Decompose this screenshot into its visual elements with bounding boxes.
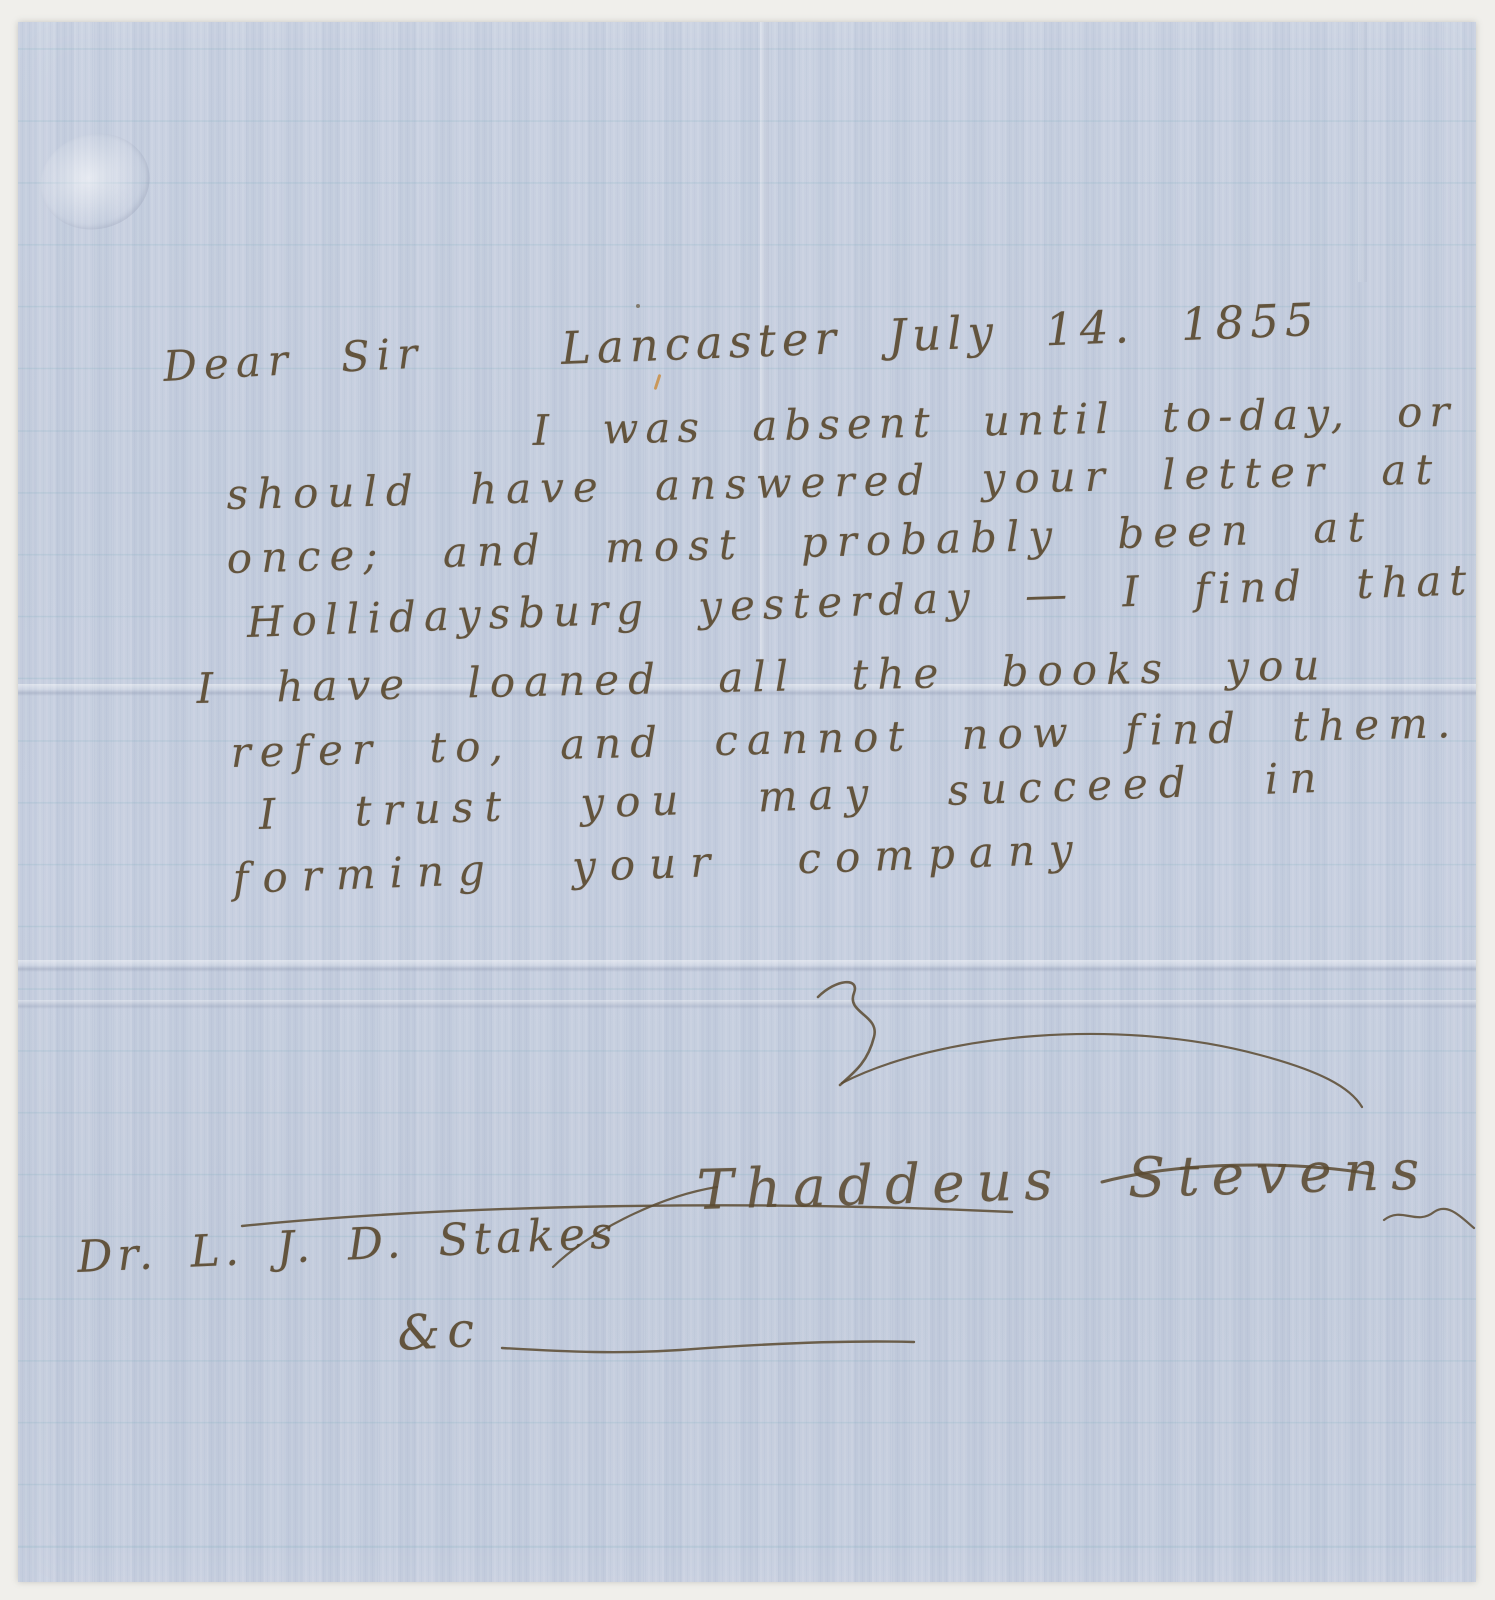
scanned-letter-page: Lancaster July 14. 1855 Dear Sir I was a… — [0, 0, 1495, 1600]
etc-dash-flourish — [500, 1328, 920, 1358]
etc-abbreviation: &c — [396, 1302, 482, 1362]
signature-trailing-squiggle — [1382, 1198, 1478, 1242]
closing-flourish — [790, 975, 1410, 1135]
vertical-fold-crease — [1358, 22, 1367, 282]
ink-dot — [636, 304, 640, 308]
horizontal-fold-crease — [18, 960, 1476, 972]
